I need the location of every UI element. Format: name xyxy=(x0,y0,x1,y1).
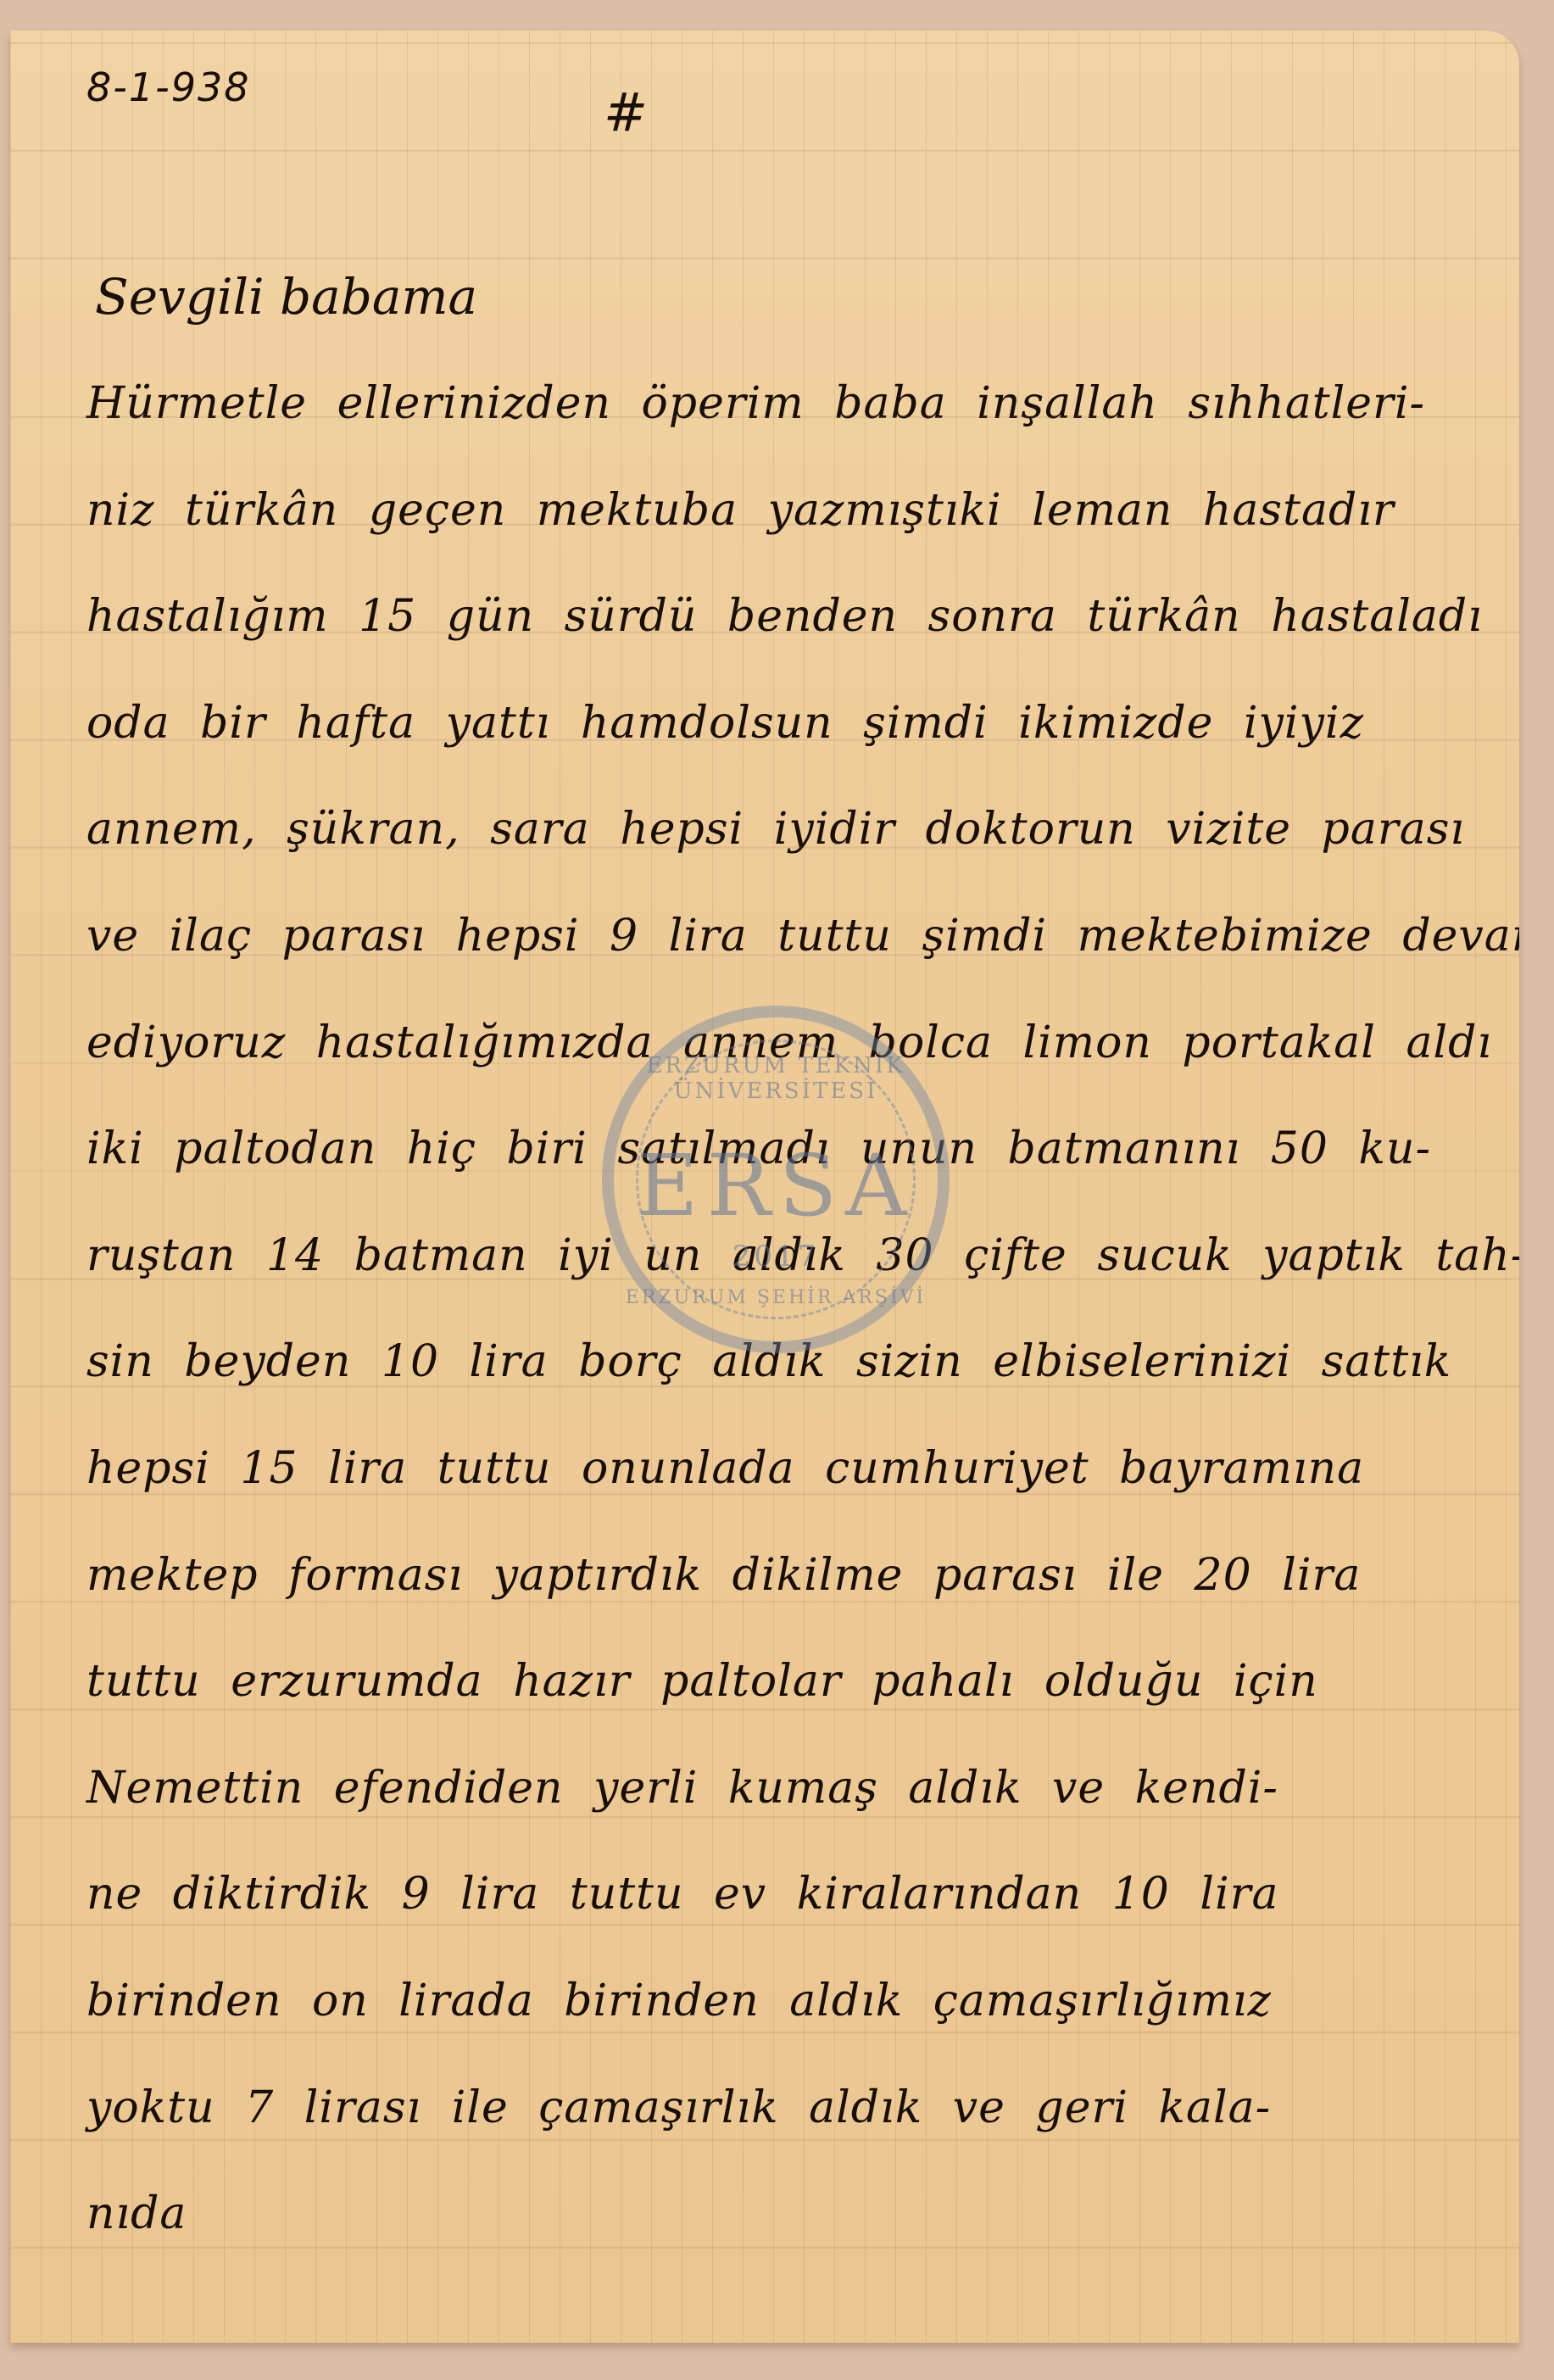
letter-line: oda bir hafta yattı hamdolsun şimdi ikim… xyxy=(86,694,1519,800)
letter-line: Hürmetle ellerinizden öperim baba inşall… xyxy=(86,374,1519,481)
letter-line: birinden on lirada birinden aldık çamaşı… xyxy=(86,1971,1519,2078)
stamp-center-text: ERSA xyxy=(614,1136,938,1235)
header-mark: # xyxy=(604,81,648,143)
letter-line: tuttu erzurumda hazır paltolar pahalı ol… xyxy=(86,1652,1519,1759)
letter-line: annem, şükran, sara hepsi iyidir doktoru… xyxy=(86,800,1519,906)
letter-line: nıda xyxy=(86,2184,1519,2291)
letter-line: yoktu 7 lirası ile çamaşırlık aldık ve g… xyxy=(86,2078,1519,2185)
archive-stamp: ERZURUM TEKNİK ÜNİVERSİTESİ ERSA 2017 ER… xyxy=(602,1006,950,1353)
letter-line: hastalığım 15 gün sürdü benden sonra tür… xyxy=(86,587,1519,694)
letter-line: Nemettin efendiden yerli kumaş aldık ve … xyxy=(86,1759,1519,1865)
stamp-top-text: ERZURUM TEKNİK ÜNİVERSİTESİ xyxy=(614,1053,938,1104)
letter-date: 8-1-938 xyxy=(86,64,251,110)
letter-line: hepsi 15 lira tuttu onunlada cumhuriyet … xyxy=(86,1439,1519,1546)
letter-line: ne diktirdik 9 lira tuttu ev kiralarında… xyxy=(86,1864,1519,1971)
stamp-year: 2017 xyxy=(614,1240,938,1274)
letter-line: mektep forması yaptırdık dikilme parası … xyxy=(86,1546,1519,1653)
stamp-bottom-text: ERZURUM ŞEHİR ARŞİVİ xyxy=(614,1287,938,1308)
letter-line: ve ilaç parası hepsi 9 lira tuttu şimdi … xyxy=(86,906,1519,1013)
letter-line: niz türkân geçen mektuba yazmıştıki lema… xyxy=(86,481,1519,588)
letter-greeting: Sevgili babama xyxy=(95,268,477,326)
